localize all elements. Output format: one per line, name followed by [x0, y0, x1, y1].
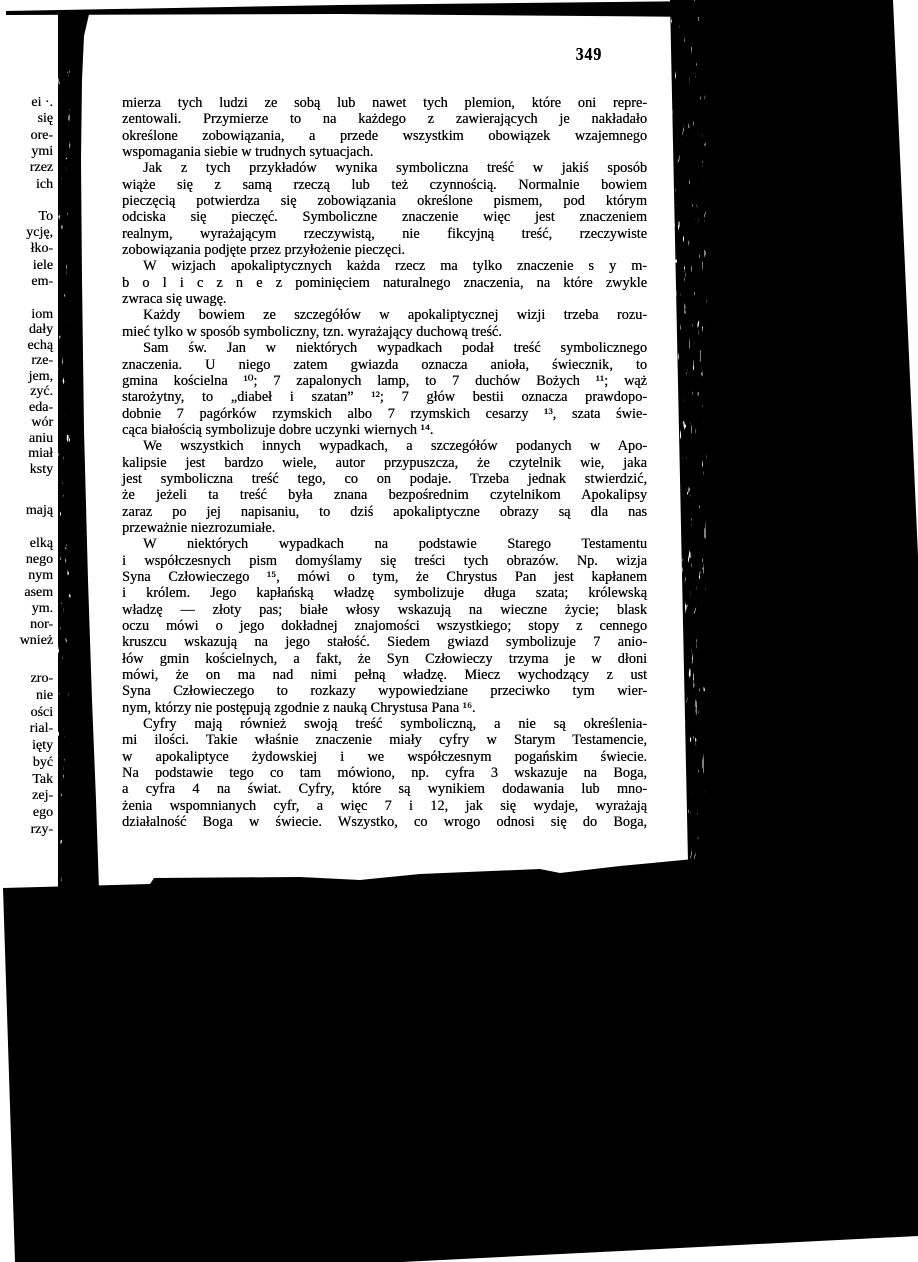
text-line: kruszcu wskazują na jego stałość. Siedem… [122, 634, 647, 650]
text-line: nym, którzy nie postępują zgodnie z nauk… [122, 700, 647, 716]
facing-page-fragment: ore- [30, 128, 53, 144]
text-line: Każdy bowiem ze szczegółów w apokaliptyc… [122, 307, 647, 323]
facing-page-fragment: nie [36, 688, 53, 704]
facing-page-fragment: rial- [30, 721, 53, 737]
facing-page-fragment: ksty [30, 462, 53, 478]
text-line: pieczęcią potwierdza się zobowiązania ok… [122, 193, 647, 209]
body-paragraph: Jak z tych przykładów wynika symboliczna… [122, 160, 647, 258]
facing-page-fragment: ycję, [26, 225, 53, 241]
facing-page-fragment: być [33, 755, 53, 771]
facing-page-fragment: nor- [30, 617, 53, 633]
facing-page-fragment: mają [26, 503, 53, 519]
text-line: starożytny, to „diabeł i szatan” ¹²; 7 g… [122, 389, 647, 405]
text-line: kalipsie jest bardzo wiele, autor przypu… [122, 455, 647, 471]
facing-page-fragment: ym. [32, 601, 53, 617]
facing-page-fragment: rze- [31, 353, 53, 369]
body-paragraph: Sam św. Jan w niektórych wypadkach podał… [122, 340, 647, 438]
text-line: W wizjach apokaliptycznych każda rzecz m… [122, 258, 647, 274]
text-line: zwraca się uwagę. [122, 291, 647, 307]
text-line: mieć tylko w sposób symboliczny, tzn. wy… [122, 324, 647, 340]
text-line: mi ilości. Takie właśnie znaczenie miały… [122, 732, 647, 748]
facing-page-fragment: Tak [32, 772, 53, 788]
facing-page-fragment: echą [27, 338, 53, 354]
facing-page-fragment: się [37, 111, 53, 127]
text-line: mierza tych ludzi ze sobą lub nawet tych… [122, 95, 647, 111]
text-line: jest symboliczna treść tego, co on podaj… [122, 471, 647, 487]
facing-page-fragment: iele [33, 258, 53, 274]
text-line: łów gmin kościelnych, a fakt, że Syn Czł… [122, 651, 647, 667]
text-line: odciska się pieczęć. Symboliczne znaczen… [122, 209, 647, 225]
facing-page-fragment: ego [33, 805, 53, 821]
text-line: działalność Boga w świecie. Wszystko, co… [122, 814, 647, 830]
text-line: znaczenia. U niego zatem gwiazda oznacza… [122, 357, 647, 373]
text-line: oczu mówi o jego dokładnej znajomości ws… [122, 618, 647, 634]
text-line: określone zobowiązania, a przede wszystk… [122, 128, 647, 144]
facing-page-fragment: rzy- [30, 822, 53, 838]
top-scan-line [6, 1, 706, 17]
text-line: mówi, że on ma nad nimi pełną władzę. Mi… [122, 667, 647, 683]
text-line: i współczesnych pism domyślamy się treśc… [122, 553, 647, 569]
facing-page-fragment: To [38, 209, 53, 225]
text-line: W niektórych wypadkach na podstawie Star… [122, 536, 647, 552]
facing-page-fragment: eda- [29, 400, 53, 416]
text-line: Na podstawie tego co tam mówiono, np. cy… [122, 765, 647, 781]
text-line: że jeżeli ta treść była znana bezpośredn… [122, 487, 647, 503]
body-paragraph: We wszystkich innych wypadkach, a szczeg… [122, 438, 647, 536]
facing-page-fragment: ymi [31, 144, 53, 160]
text-line: Syna Człowieczego to rozkazy wypowiedzia… [122, 683, 647, 699]
facing-page-fragment: ich [36, 177, 53, 193]
text-line: zaraz po jej napisaniu, to dziś apokalip… [122, 504, 647, 520]
text-line: gmina kościelna ¹⁰; 7 zapalonych lamp, t… [122, 373, 647, 389]
text-line: We wszystkich innych wypadkach, a szczeg… [122, 438, 647, 454]
text-line: w apokaliptyce żydowskiej i we współczes… [122, 749, 647, 765]
scanned-book-page: 349 ei ·.sięore-ymirzezichToycję,łko-iel… [0, 0, 918, 1262]
facing-page-fragment: aniu [29, 431, 53, 447]
facing-page-fragment: asem [24, 585, 53, 601]
text-line: zentowali. Przymierze to na każdego z za… [122, 111, 647, 127]
text-line: wiąże się z samą rzeczą lub też czynnośc… [122, 177, 647, 193]
page-number: 349 [180, 44, 602, 65]
text-line: b o l i c z n e z pominięciem naturalneg… [122, 275, 647, 291]
facing-page-fragment: wór [31, 415, 53, 431]
text-line: Jak z tych przykładów wynika symboliczna… [122, 160, 647, 176]
facing-page-fragment: miał [28, 446, 53, 462]
facing-page-fragment: zro- [30, 671, 53, 687]
facing-page-fragment: zej- [32, 788, 53, 804]
facing-page-fragment: dały [29, 322, 53, 338]
text-line: cąca białością symbolizuje dobre uczynki… [122, 422, 647, 438]
page-body: mierza tych ludzi ze sobą lub nawet tych… [122, 95, 647, 830]
text-line: a cyfra 4 na świat. Cyfry, które są wyni… [122, 781, 647, 797]
text-line: dobnie 7 pagórków rzymskich albo 7 rzyms… [122, 406, 647, 422]
text-line: zobowiązania podjęte przez przyłożenie p… [122, 242, 647, 258]
text-line: Syna Człowieczego ¹⁵, mówi o tym, że Chr… [122, 569, 647, 585]
facing-page-fragment: jem, [29, 369, 54, 385]
facing-page-fragment: rzez [30, 160, 53, 176]
facing-page-fragment: iom [31, 307, 53, 323]
facing-page-fragment: nego [26, 552, 53, 568]
facing-page-fragment: nym [28, 568, 53, 584]
facing-page-fragment: ości [30, 705, 53, 721]
facing-page-fragment: ięty [32, 738, 53, 754]
body-paragraph: mierza tych ludzi ze sobą lub nawet tych… [122, 95, 647, 160]
text-line: i królem. Jego kapłańską władzę symboliz… [122, 585, 647, 601]
text-line: żenia wspomnianych cyfr, a więc 7 i 12, … [122, 798, 647, 814]
facing-page-fragment: łko- [30, 241, 53, 257]
body-paragraph: W wizjach apokaliptycznych każda rzecz m… [122, 258, 647, 307]
text-line: Sam św. Jan w niektórych wypadkach podał… [122, 340, 647, 356]
body-paragraph: Cyfry mają również swoją treść symbolicz… [122, 716, 647, 830]
page-edge-noise-strip [670, 0, 708, 862]
text-line: Cyfry mają również swoją treść symbolicz… [122, 716, 647, 732]
facing-page-fragments: ei ·.sięore-ymirzezichToycję,łko-ieleem-… [0, 0, 58, 900]
facing-page-fragment: em- [31, 274, 53, 290]
body-paragraph: W niektórych wypadkach na podstawie Star… [122, 536, 647, 716]
facing-page-fragment: wnież [20, 633, 53, 649]
text-line: władzę — złoty pas; białe włosy wskazują… [122, 602, 647, 618]
text-line: realnym, wyrażającym rzeczywistą, nie fi… [122, 226, 647, 242]
text-line: przeważnie niezrozumiałe. [122, 520, 647, 536]
body-paragraph: Każdy bowiem ze szczegółów w apokaliptyc… [122, 307, 647, 340]
facing-page-fragment: elką [30, 536, 53, 552]
spine-edge-noise [58, 12, 74, 888]
facing-page-fragment: zyć. [30, 384, 53, 400]
facing-page-fragment: ei ·. [31, 95, 53, 111]
text-line: wspomagania siebie w trudnych sytuacjach… [122, 144, 647, 160]
spine-shadow-band [56, 10, 99, 890]
